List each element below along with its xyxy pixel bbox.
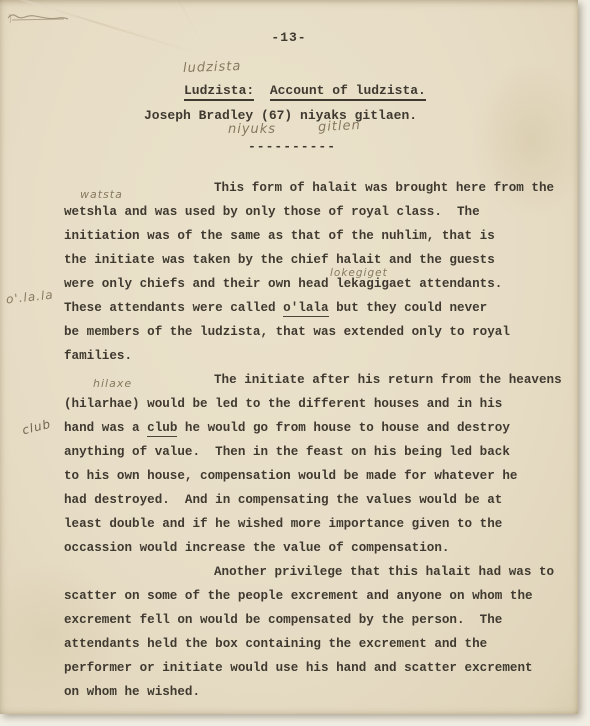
underlined-word: club (147, 421, 177, 437)
typed-text: Another privilege that this halait had w… (214, 565, 554, 579)
page-number: -13- (0, 30, 578, 45)
typed-text: least double and if he wished more impor… (64, 517, 502, 531)
typed-line: least double and if he wished more impor… (64, 512, 546, 536)
scanned-page-background: { "colors": { "paper": "#e7ddc6", "typed… (0, 0, 590, 726)
typed-line: These attendants were called o'lala but … (64, 296, 546, 320)
typed-text: These attendants were called (64, 301, 283, 315)
typed-line: families. (64, 344, 546, 368)
typed-text: scatter on some of the people excrement … (64, 589, 533, 603)
typed-text: This form of halait was brought here fro… (214, 181, 554, 195)
typed-text: (hilarhae) would be led to the different… (64, 397, 502, 411)
typed-text: initiation was of the same as that of th… (64, 229, 495, 243)
typed-line: occassion would increase the value of co… (64, 536, 546, 560)
handwritten-olala-margin-note: o'.la.la (5, 288, 54, 307)
typed-text: The initiate after his return from the h… (214, 373, 562, 387)
handwritten-ludzista-annotation: ludzista (183, 59, 242, 76)
page-title: Ludzista: Account of ludzista. (184, 83, 426, 98)
handwritten-gitlen-annotation: gitlen (318, 118, 362, 135)
typed-text: anything of value. Then in the feast on … (64, 445, 510, 459)
paper-sheet: -13- ludzista Ludzista: Account of ludzi… (0, 0, 578, 714)
typed-text: he would go from house to house and dest… (177, 421, 510, 435)
typed-text: had destroyed. And in compensating the v… (64, 493, 502, 507)
typed-text: were only chiefs and their own head leka… (64, 277, 502, 291)
handwritten-niyuks-annotation: niyuks (228, 122, 276, 137)
title-part-2: Account of ludzista. (270, 83, 426, 101)
title-part-1: Ludzista: (184, 83, 254, 101)
typed-text: be members of the ludzista, that was ext… (64, 325, 510, 339)
typed-line: scatter on some of the people excrement … (64, 584, 546, 608)
typed-text: families. (64, 349, 132, 363)
typed-line: attendants held the box containing the e… (64, 632, 546, 656)
typed-line: were only chiefs and their own head leka… (64, 272, 546, 296)
typed-body: This form of halait was brought here fro… (64, 176, 546, 704)
dashed-separator: ---------- (248, 139, 336, 154)
typed-text: occassion would increase the value of co… (64, 541, 449, 555)
typed-line: Another privilege that this halait had w… (64, 560, 546, 584)
typed-line: The initiate after his return from the h… (64, 368, 546, 392)
typed-line: anything of value. Then in the feast on … (64, 440, 546, 464)
pencil-scribble-icon (6, 8, 76, 30)
typed-line: hand was a club he would go from house t… (64, 416, 546, 440)
typed-text: performer or initiate would use his hand… (64, 661, 533, 675)
typed-line: be members of the ludzista, that was ext… (64, 320, 546, 344)
typed-text: the initiate was taken by the chief hala… (64, 253, 495, 267)
byline: Joseph Bradley (67) niyaks gitlaen. (144, 108, 417, 123)
typed-line: had destroyed. And in compensating the v… (64, 488, 546, 512)
handwritten-club-margin-note: club (21, 417, 53, 438)
underlined-word: o'lala (283, 301, 328, 317)
typed-line: This form of halait was brought here fro… (64, 176, 546, 200)
typed-line: on whom he wished. (64, 680, 546, 704)
typed-line: performer or initiate would use his hand… (64, 656, 546, 680)
title-gap (254, 83, 270, 98)
typed-line: the initiate was taken by the chief hala… (64, 248, 546, 272)
typed-line: wetshla and was used by only those of ro… (64, 200, 546, 224)
typed-line: excrement fell on would be compensated b… (64, 608, 546, 632)
typed-text: wetshla and was used by only those of ro… (64, 205, 480, 219)
typed-text: on whom he wished. (64, 685, 200, 699)
typed-text: to his own house, compensation would be … (64, 469, 517, 483)
typed-text: excrement fell on would be compensated b… (64, 613, 502, 627)
typed-line: initiation was of the same as that of th… (64, 224, 546, 248)
typed-line: (hilarhae) would be led to the different… (64, 392, 546, 416)
typed-text: attendants held the box containing the e… (64, 637, 487, 651)
typed-text: but they could never (329, 301, 488, 315)
typed-line: to his own house, compensation would be … (64, 464, 546, 488)
typed-text: hand was a (64, 421, 147, 435)
